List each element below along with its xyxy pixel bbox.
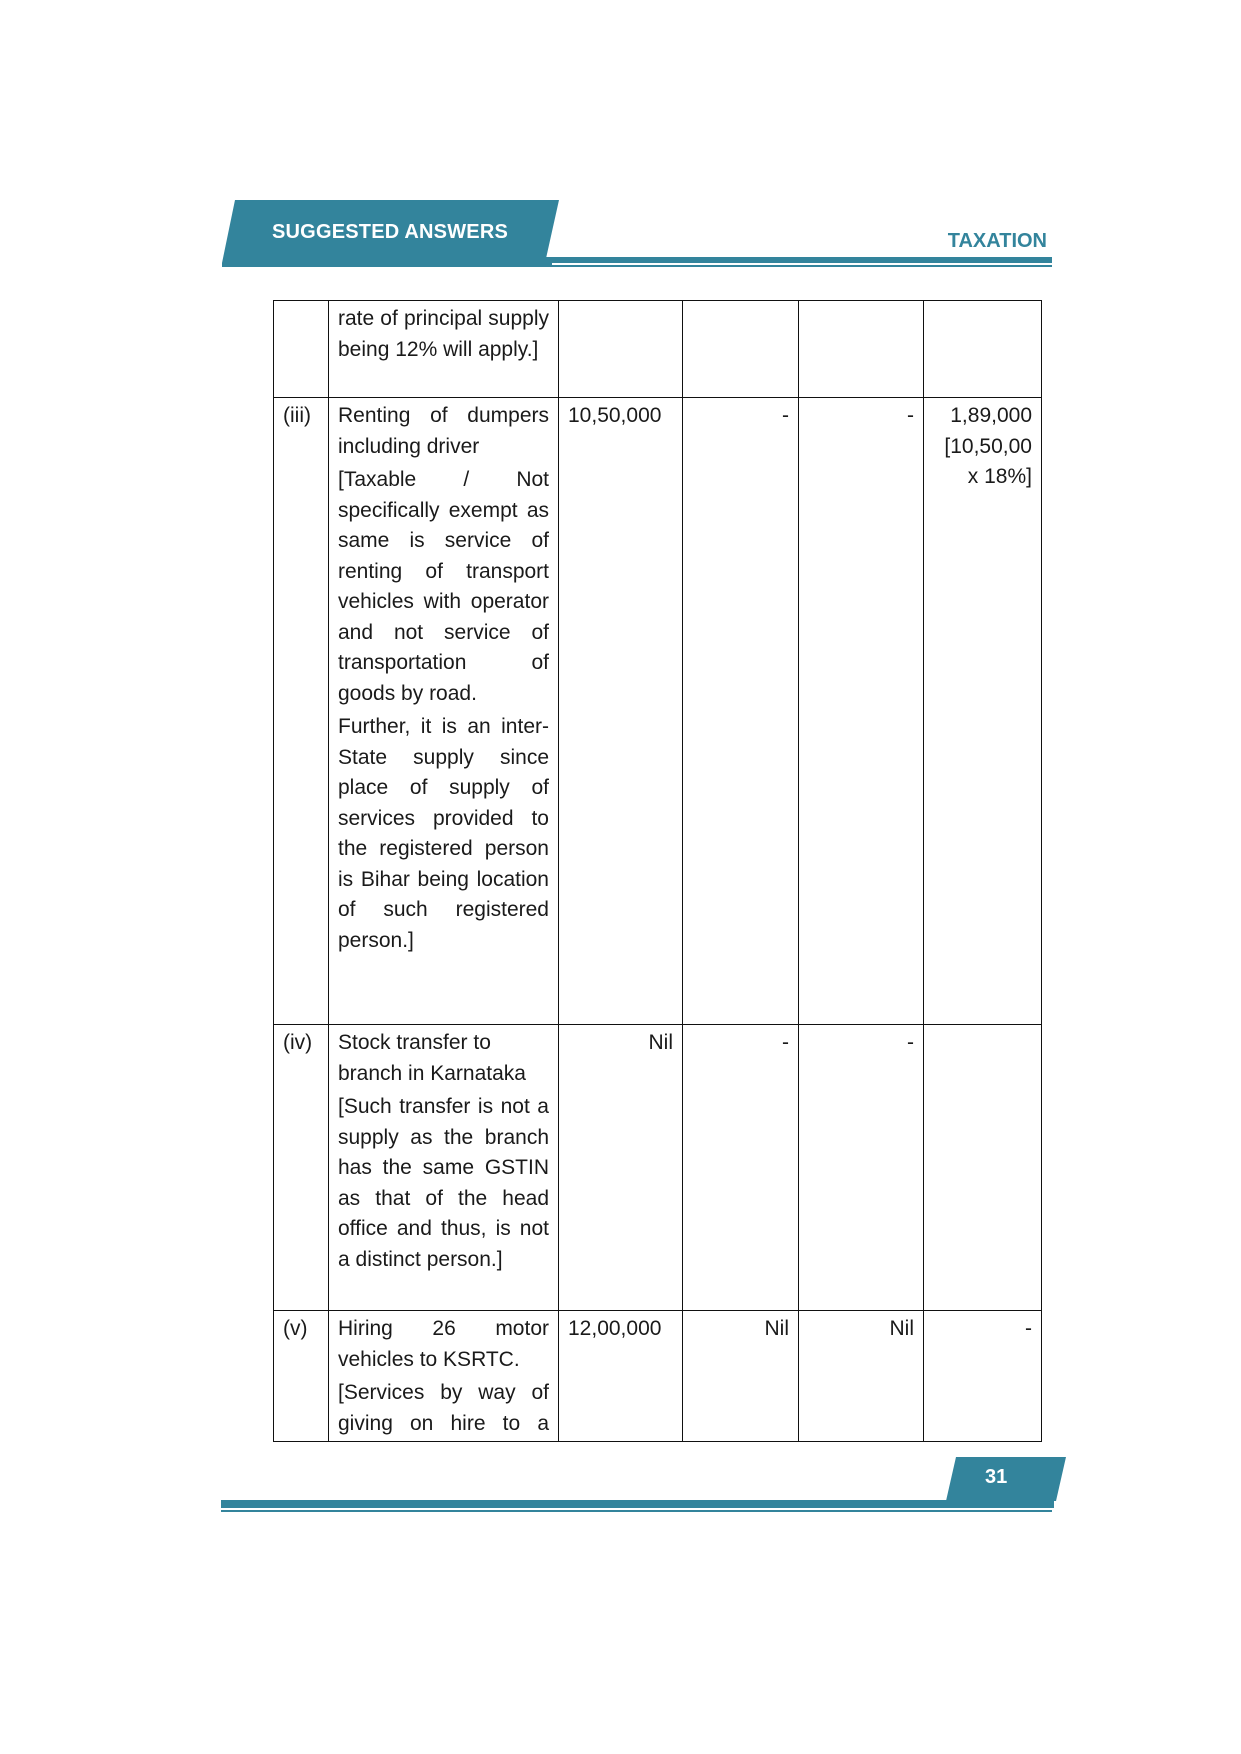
serial-cell: (v) [274, 1311, 329, 1442]
sgst-cell [799, 301, 924, 398]
table-row: (iv) Stock transfer to branch in Karnata… [274, 1025, 1042, 1311]
value-cell: 12,00,000 [559, 1311, 683, 1442]
description-paragraph: [Taxable / Not specifically exempt as sa… [338, 465, 549, 709]
igst-calc-line: [10,50,00 [933, 432, 1032, 463]
table-row: rate of principal supply being 12% will … [274, 301, 1042, 398]
description-paragraph: Stock transfer to branch in Karnataka [338, 1028, 549, 1089]
cgst-cell [683, 301, 799, 398]
header-subject-title: TAXATION [948, 230, 1047, 253]
description-cell: Hiring 26 motor vehicles to KSRTC. [Serv… [329, 1311, 559, 1442]
cgst-cell: - [683, 1025, 799, 1311]
footer-rule-thin [221, 1510, 1052, 1512]
value-cell: 10,50,000 [559, 398, 683, 1025]
cgst-cell: - [683, 398, 799, 1025]
gst-computation-table: rate of principal supply being 12% will … [273, 300, 1042, 1442]
igst-cell: - [924, 1311, 1042, 1442]
igst-cell [924, 301, 1042, 398]
table-row: (v) Hiring 26 motor vehicles to KSRTC. [… [274, 1311, 1042, 1442]
igst-cell: 1,89,000 [10,50,00 x 18%] [924, 398, 1042, 1025]
description-paragraph: Further, it is an inter-State supply sin… [338, 712, 549, 956]
description-paragraph: Renting of dumpers including driver [338, 401, 549, 462]
value-cell [559, 301, 683, 398]
serial-cell: (iv) [274, 1025, 329, 1311]
description-paragraph: [Services by way of giving on hire to a [338, 1378, 549, 1439]
serial-cell: (iii) [274, 398, 329, 1025]
description-paragraph: [Such transfer is not a supply as the br… [338, 1092, 549, 1275]
footer-rule-thick [221, 1500, 1054, 1508]
igst-calc-line: x 18%] [933, 462, 1032, 493]
serial-cell [274, 301, 329, 398]
igst-cell [924, 1025, 1042, 1311]
description-cell: Stock transfer to branch in Karnataka [S… [329, 1025, 559, 1311]
table-row: (iii) Renting of dumpers including drive… [274, 398, 1042, 1025]
sgst-cell: - [799, 1025, 924, 1311]
sgst-cell: - [799, 398, 924, 1025]
description-paragraph: Hiring 26 motor vehicles to KSRTC. [338, 1314, 549, 1375]
header-rule-thick [545, 257, 1052, 263]
igst-amount: 1,89,000 [933, 401, 1032, 432]
header-section-title: SUGGESTED ANSWERS [272, 221, 508, 244]
page-number: 31 [985, 1466, 1007, 1489]
cgst-cell: Nil [683, 1311, 799, 1442]
sgst-cell: Nil [799, 1311, 924, 1442]
description-cell: rate of principal supply being 12% will … [329, 301, 559, 398]
description-cell: Renting of dumpers including driver [Tax… [329, 398, 559, 1025]
description-paragraph: rate of principal supply being 12% will … [338, 304, 549, 365]
value-cell: Nil [559, 1025, 683, 1311]
header-rule-thin [222, 265, 1052, 267]
